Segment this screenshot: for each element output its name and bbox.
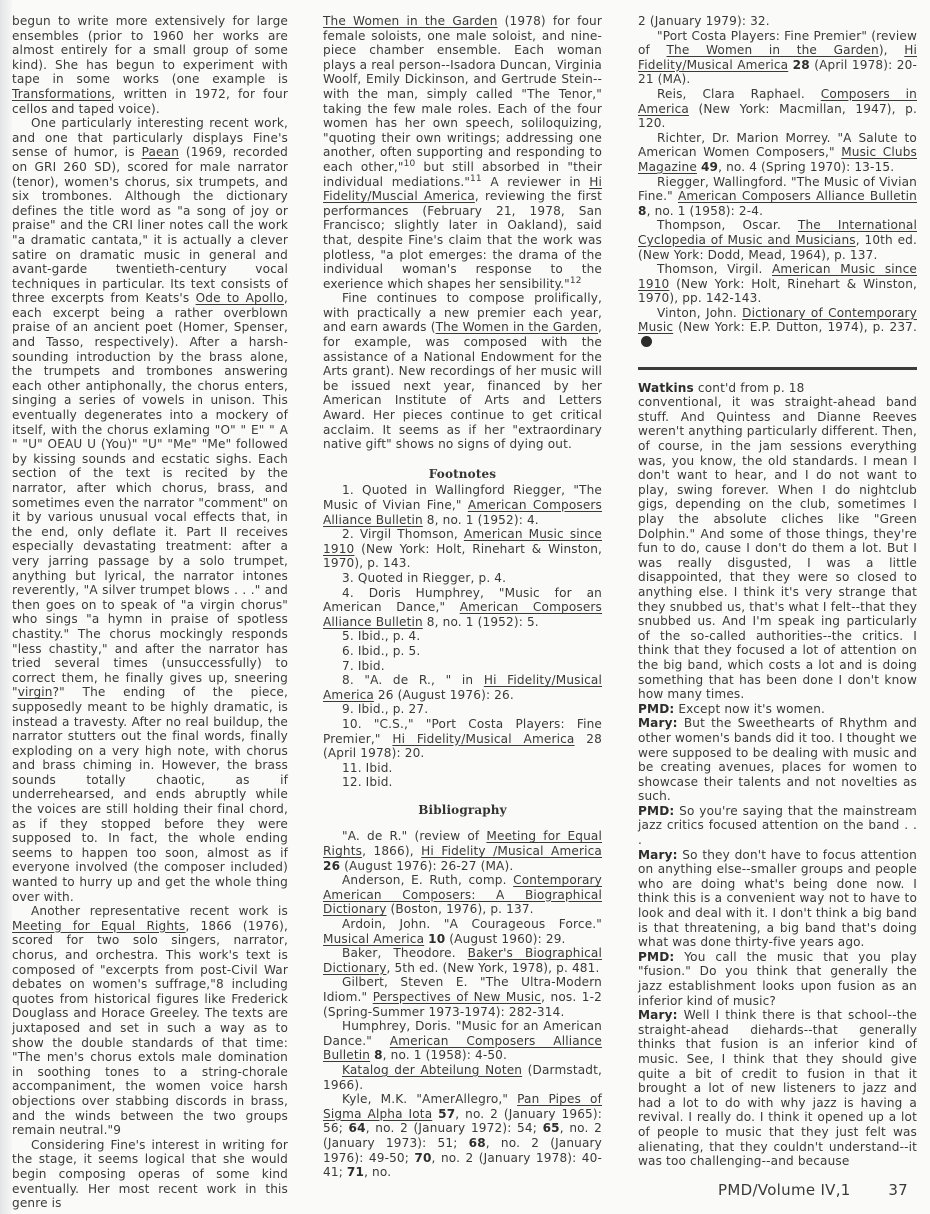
publication-title: American Composers Alliance Bulletin xyxy=(678,189,917,203)
dialogue-line: Mary: But the Sweethearts of Rhythm and … xyxy=(638,716,917,804)
end-mark-icon xyxy=(641,336,652,347)
footnote-item: 6. Ibid., p. 5. xyxy=(323,644,602,659)
footnote-item: 11. Ibid. xyxy=(323,761,602,776)
text: (1978) for four female soloists, one mal… xyxy=(323,14,602,174)
publication-volume: PMD/Volume IV,1 xyxy=(718,1181,851,1199)
bibliography-item: Vinton, John. Dictionary of Contemporary… xyxy=(638,306,917,350)
publication-title: Hi Fidelity/Musical America xyxy=(392,732,574,746)
text: (August 1960): 29. xyxy=(445,932,565,946)
publication-title: Musical America xyxy=(323,932,424,946)
text: , for example, was composed with the ass… xyxy=(323,320,602,451)
text: , no. 4 (Spring 1970): 13-15. xyxy=(718,160,894,174)
dialogue-line: Mary: So they don't have to focus attent… xyxy=(638,848,917,950)
bibliography-item: Anderson, E. Ruth, comp. Contemporary Am… xyxy=(323,873,602,917)
text: (New York: Holt, Rinehart & Winston, 197… xyxy=(638,277,917,306)
dialogue-text: But the Sweethearts of Rhythm and other … xyxy=(638,716,917,803)
footnote-item: 3. Quoted in Riegger, p. 4. xyxy=(323,571,602,586)
page-number: 37 xyxy=(888,1181,908,1199)
text: 12. Ibid. xyxy=(342,775,393,789)
text: ), xyxy=(879,43,904,57)
article-paragraph: Another representative recent work is Me… xyxy=(12,904,288,1138)
footnote-item: 8. "A. de R., " in Hi Fidelity/Musical A… xyxy=(323,673,602,702)
dialogue-text: Except now it's women. xyxy=(674,702,825,716)
work-title: The Women in the Garden xyxy=(436,320,598,334)
text: Anderson, E. Ruth, comp. xyxy=(342,873,513,887)
bibliography-item: "A. de R." (review of Meeting for Equal … xyxy=(323,829,602,873)
text: 2. Virgil Thomson, xyxy=(342,527,464,541)
text: , each excerpt being a rather overblown … xyxy=(12,291,288,699)
article-paragraph: begun to write more extensively for larg… xyxy=(12,14,288,116)
text: Thompson, Oscar. xyxy=(657,218,798,232)
volume-number: 8 xyxy=(374,1048,383,1062)
bibliography-item: "Port Costa Players: Fine Premier" (revi… xyxy=(638,29,917,87)
text: ?" The ending of the piece, supposedly m… xyxy=(12,685,288,903)
volume-number: 8 xyxy=(638,204,647,218)
bibliography-heading: Bibliography xyxy=(323,803,602,818)
article-paragraph: One particularly interesting recent work… xyxy=(12,116,288,904)
column-3: 2 (January 1979): 32."Port Costa Players… xyxy=(638,14,917,1169)
text: , no. 1 (1958): 2-4. xyxy=(647,204,764,218)
emphasis: virgin xyxy=(18,685,53,699)
text: 8, no. 1 (1952): 4. xyxy=(423,513,539,527)
work-title: Paean xyxy=(142,145,179,159)
text: , 5th ed. (New York, 1978), p. 481. xyxy=(387,961,600,975)
bibliography-item: Katalog der Abteilung Noten (Darmstadt, … xyxy=(323,1063,602,1092)
page-footer: PMD/Volume IV,1 37 xyxy=(718,1181,918,1199)
dialogue-line: PMD: Except now it's women. xyxy=(638,702,917,717)
bibliography-item: Thompson, Oscar. The International Cyclo… xyxy=(638,218,917,262)
text: 3. Quoted in Riegger, p. 4. xyxy=(342,571,506,585)
speaker-label: Mary: xyxy=(638,716,678,730)
bibliography-item: Gilbert, Steven E. "The Ultra-Modern Idi… xyxy=(323,975,602,1019)
text: , no. 1 (1958): 4-50. xyxy=(383,1048,507,1062)
text: 9. Ibid., p. 27. xyxy=(342,702,428,716)
publication-title: Hi Fidelity /Musical America xyxy=(421,844,602,858)
dialogue-text: Well I think there is that school--the s… xyxy=(638,1008,917,1168)
footnote-item: 12. Ibid. xyxy=(323,775,602,790)
interview-dialogue: PMD: Except now it's women.Mary: But the… xyxy=(638,702,917,1169)
publication-title: The Women in the Garden xyxy=(667,43,879,57)
dialogue-text: So you're saying that the mainstream jaz… xyxy=(638,804,917,847)
bibliography-list-continued: 2 (January 1979): 32."Port Costa Players… xyxy=(638,14,917,350)
bibliography-item: Kyle, M.K. "AmerAllegro," Pan Pipes of S… xyxy=(323,1092,602,1180)
interview-text: conventional, it was straight-ahead band… xyxy=(638,395,917,701)
text: , 1866), xyxy=(362,844,421,858)
text: Baker, Theodore. xyxy=(342,946,468,960)
volume-number: 68 xyxy=(469,1136,486,1150)
work-title: Ode to Apollo xyxy=(196,291,284,305)
text: Kyle, M.K. "AmerAllegro," xyxy=(342,1092,517,1106)
text: , no. xyxy=(364,1165,391,1179)
text: Another representative recent work is xyxy=(31,904,288,918)
bibliography-item: Riegger, Wallingford. "The Music of Vivi… xyxy=(638,175,917,219)
bibliography-item: Humphrey, Doris. "Music for an American … xyxy=(323,1019,602,1063)
text: (1969, recorded on GRI 260 SD), scored f… xyxy=(12,145,288,305)
dialogue-line: PMD: You call the music that you play "f… xyxy=(638,950,917,1008)
text: 8, no. 1 (1952): 5. xyxy=(423,615,539,629)
article-paragraph: Considering Fine's interest in writing f… xyxy=(12,1138,288,1211)
publication-title: Perspectives of New Music xyxy=(373,990,541,1004)
page-shadow-edge xyxy=(0,0,12,1214)
footnote-item: 4. Doris Humphrey, "Music for an America… xyxy=(323,586,602,630)
text: (August 1976): 26-27 (MA). xyxy=(340,859,513,873)
volume-number: 57 xyxy=(438,1107,455,1121)
text: 8. "A. de R., " in xyxy=(342,673,484,687)
footnote-item: 9. Ibid., p. 27. xyxy=(323,702,602,717)
volume-number: 70 xyxy=(414,1151,431,1165)
article-paragraph: The Women in the Garden (1978) for four … xyxy=(323,14,602,291)
dialogue-text: You call the music that you play "fusion… xyxy=(638,950,917,1008)
bibliography-item: Thomson, Virgil. American Music since 19… xyxy=(638,262,917,306)
bibliography-item: Reis, Clara Raphael. Composers in Americ… xyxy=(638,87,917,131)
section-divider xyxy=(638,367,917,370)
text: (Boston, 1976), p. 137. xyxy=(387,902,534,916)
work-title: Meeting for Equal Rights xyxy=(12,919,186,933)
text: , reviewing the first performances (Febr… xyxy=(323,189,602,291)
publication-title: Katalog der Abteilung Noten xyxy=(342,1063,522,1077)
text: 26 (August 1976): 26. xyxy=(374,688,514,702)
speaker-label: Mary: xyxy=(638,1008,678,1022)
column-2: The Women in the Garden (1978) for four … xyxy=(323,14,602,1180)
footnote-item: 10. "C.S.," "Port Costa Players: Fine Pr… xyxy=(323,717,602,761)
text: begun to write more extensively for larg… xyxy=(12,14,288,86)
text: 11. Ibid. xyxy=(342,761,393,775)
volume-number: 71 xyxy=(347,1165,364,1179)
text: 5. Ibid., p. 4. xyxy=(342,629,420,643)
work-title: The Women in the Garden xyxy=(323,14,498,28)
bibliography-item: Baker, Theodore. Baker's Biographical Di… xyxy=(323,946,602,975)
speaker-label: Mary: xyxy=(638,848,678,862)
footnote-ref: 12 xyxy=(570,276,582,286)
dialogue-text: So they don't have to focus attention on… xyxy=(638,848,917,950)
speaker-label: PMD: xyxy=(638,804,674,818)
volume-number: 10 xyxy=(428,932,445,946)
text: , 1866 (1976), scored for two solo singe… xyxy=(12,919,288,1137)
volume-number: 28 xyxy=(793,58,810,72)
text: (New York: E.P. Dutton, 1974), p. 237. xyxy=(673,320,917,334)
text: , no. 2 (January 1972): 54; xyxy=(366,1121,543,1135)
footnote-ref: 10 xyxy=(404,159,416,169)
volume-number: 65 xyxy=(543,1121,560,1135)
volume-number: 64 xyxy=(349,1121,366,1135)
continued-article-header: Watkins cont'd from p. 18 xyxy=(638,381,917,396)
footnote-item: 2. Virgil Thomson, American Music since … xyxy=(323,527,602,571)
footnotes-list: 1. Quoted in Wallingford Riegger, "The M… xyxy=(323,483,602,789)
bibliography-list: "A. de R." (review of Meeting for Equal … xyxy=(323,829,602,1179)
footnote-item: 1. Quoted in Wallingford Riegger, "The M… xyxy=(323,483,602,527)
dialogue-line: PMD: So you're saying that the mainstrea… xyxy=(638,804,917,848)
footnotes-heading: Footnotes xyxy=(323,467,602,482)
bibliography-item: Richter, Dr. Marion Morrey. "A Salute to… xyxy=(638,131,917,175)
continued-from-label: cont'd from p. 18 xyxy=(694,381,805,395)
footnote-item: 7. Ibid. xyxy=(323,659,602,674)
column-1: begun to write more extensively for larg… xyxy=(12,14,288,1211)
text: (New York: Holt, Rinehart & Winston, 197… xyxy=(323,542,602,571)
continued-article-title: Watkins xyxy=(638,381,694,395)
text: Reis, Clara Raphael. xyxy=(657,87,821,101)
text: 6. Ibid., p. 5. xyxy=(342,644,420,658)
speaker-label: PMD: xyxy=(638,950,674,964)
dialogue-line: Mary: Well I think there is that school-… xyxy=(638,1008,917,1169)
text: Vinton, John. xyxy=(657,306,742,320)
bibliography-item: Ardoin, John. "A Courageous Force." Musi… xyxy=(323,917,602,946)
footnote-ref: 11 xyxy=(470,174,482,184)
text: 7. Ibid. xyxy=(342,659,385,673)
text: A reviewer in xyxy=(482,175,589,189)
bibliography-item-continued: 2 (January 1979): 32. xyxy=(638,14,917,29)
work-title: Transformations xyxy=(12,87,111,101)
text: "A. de R." (review of xyxy=(342,829,486,843)
text: Ardoin, John. "A Courageous Force." xyxy=(342,917,602,931)
text: Thomson, Virgil. xyxy=(657,262,772,276)
volume-number: 26 xyxy=(323,859,340,873)
volume-number: 49 xyxy=(701,160,718,174)
article-paragraph: Fine continues to compose prolifically, … xyxy=(323,291,602,452)
footnote-item: 5. Ibid., p. 4. xyxy=(323,629,602,644)
speaker-label: PMD: xyxy=(638,702,674,716)
